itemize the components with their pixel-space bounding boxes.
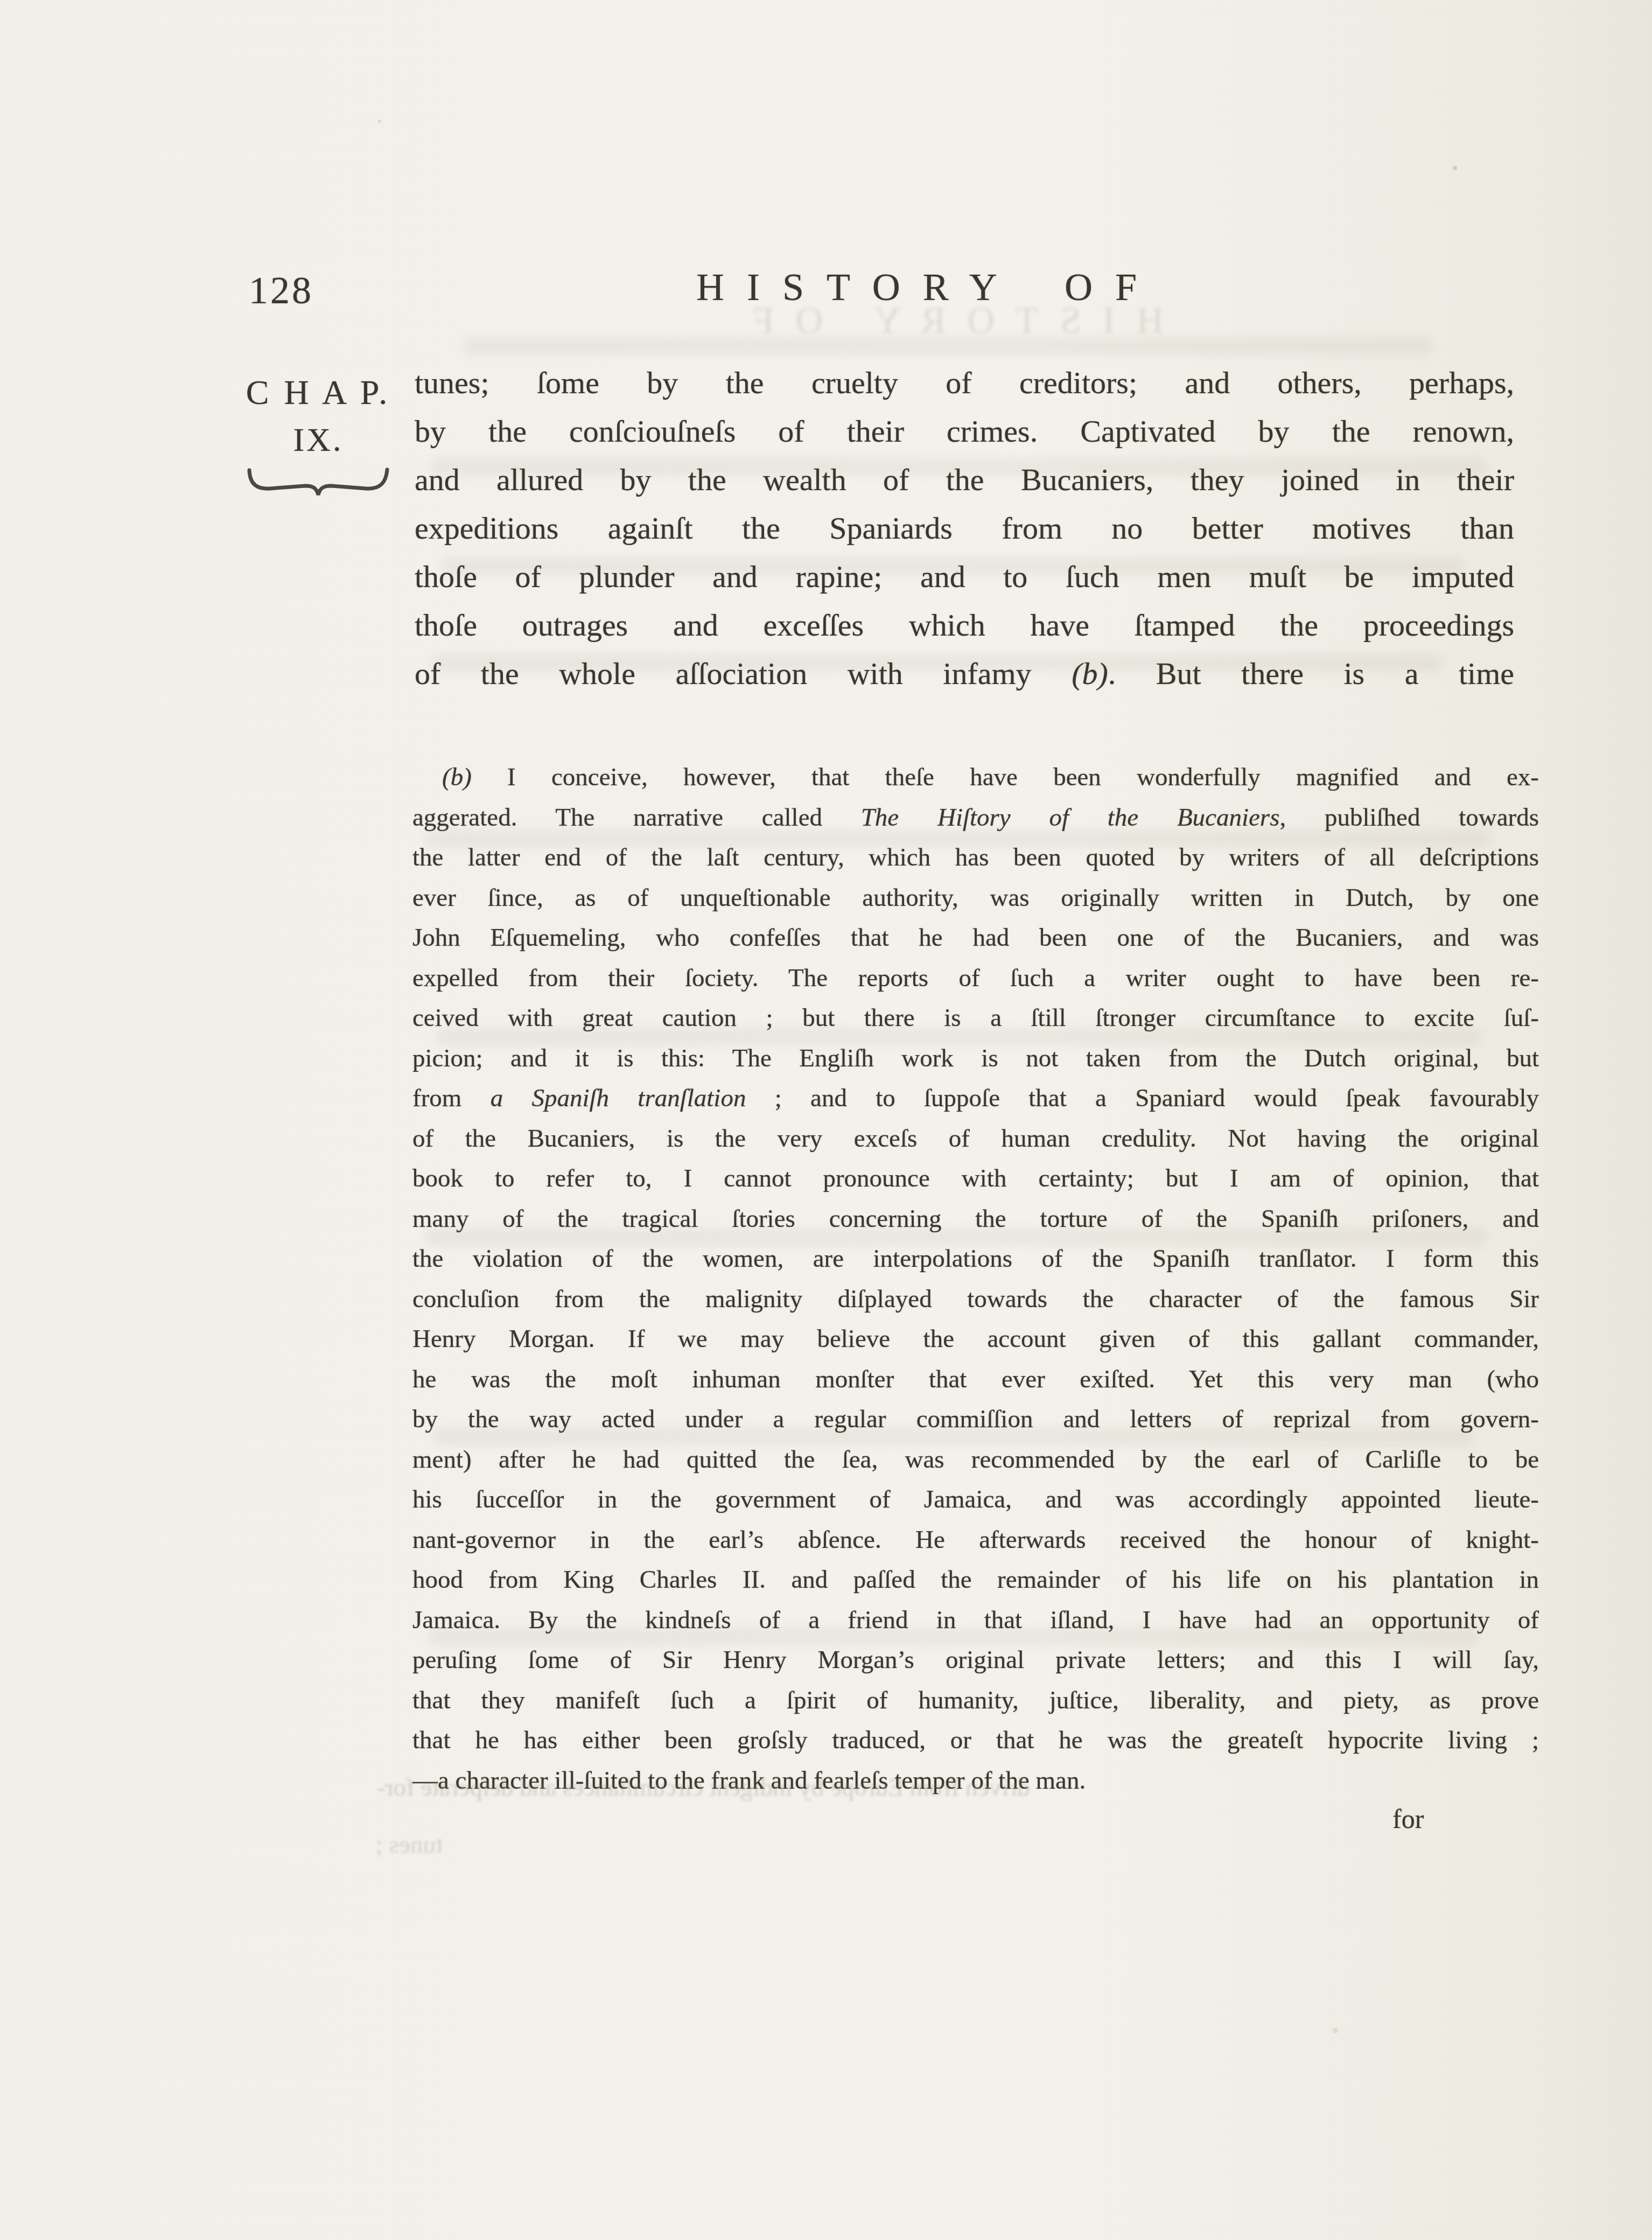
text-line: by the conſciouſneſs of their crimes. Ca… xyxy=(415,407,1514,456)
text-line: nant-governor in the earl’s abſence. He … xyxy=(412,1520,1539,1560)
text-line: by the way acted under a regular commiſſ… xyxy=(412,1399,1539,1440)
text-segment: tunes; ſome by the cruelty of creditors;… xyxy=(415,365,1514,400)
text-line: peruſing ſome of Sir Henry Morgan’s orig… xyxy=(412,1640,1539,1680)
text-line: ment) after he had quitted the ſea, was … xyxy=(412,1440,1539,1480)
chapter-label: C H A P. xyxy=(241,373,395,413)
text-line: and allured by the wealth of the Bucanie… xyxy=(415,456,1514,504)
text-line: his ſucceſſor in the government of Jamai… xyxy=(412,1480,1539,1520)
text-line: ceived with great caution ; but there is… xyxy=(412,998,1539,1038)
catchword: for xyxy=(1392,1803,1424,1834)
text-line: the latter end of the laſt century, whic… xyxy=(412,838,1539,878)
text-line: of the Bucaniers, is the very exceſs of … xyxy=(412,1119,1539,1159)
text-line: picion; and it is this: The Engliſh work… xyxy=(412,1038,1539,1079)
page-number: 128 xyxy=(249,268,313,313)
text-segment: . But there is a time xyxy=(1108,656,1514,691)
text-line: thoſe outrages and exceſſes which have ſ… xyxy=(415,601,1514,650)
text-line: (b) I conceive, however, that theſe have… xyxy=(412,757,1539,798)
text-segment: ment) after he had quitted the ſea, was … xyxy=(412,1446,1539,1474)
text-line: thoſe of plunder and rapine; and to ſuch… xyxy=(415,553,1514,601)
text-segment: by the way acted under a regular commiſſ… xyxy=(412,1405,1539,1433)
bleedthrough-line: driven from Europe by indigent circumſta… xyxy=(377,1773,1030,1802)
text-line: that they manifeſt ſuch a ſpirit of huma… xyxy=(412,1680,1539,1721)
text-segment: the latter end of the laſt century, whic… xyxy=(412,843,1539,871)
text-segment: John Eſquemeling, who confeſſes that he … xyxy=(412,924,1539,952)
text-segment: he was the moſt inhuman monſter that eve… xyxy=(412,1365,1539,1393)
text-line: he was the moſt inhuman monſter that eve… xyxy=(412,1359,1539,1400)
text-segment: Jamaica. By the kindneſs of a friend in … xyxy=(412,1606,1539,1634)
text-line: concluſion from the malignity diſplayed … xyxy=(412,1279,1539,1320)
text-line: aggerated. The narrative called The Hiſt… xyxy=(412,798,1539,838)
text-line: Henry Morgan. If we may believe the acco… xyxy=(412,1319,1539,1359)
sidenote-brace-icon xyxy=(245,465,391,500)
text-line: hood from King Charles II. and paſſed th… xyxy=(412,1560,1539,1600)
text-segment: by the conſciouſneſs of their crimes. Ca… xyxy=(415,414,1514,449)
text-line: from a Spaniſh tranſlation ; and to ſupp… xyxy=(412,1078,1539,1119)
body-paragraph: tunes; ſome by the cruelty of creditors;… xyxy=(415,359,1514,698)
text-line: that he has either been groſsly traduced… xyxy=(412,1720,1539,1761)
italic-text: (b) xyxy=(442,763,472,791)
text-line: of the whole aſſociation with infamy (b)… xyxy=(415,650,1514,698)
italic-text: The Hiſtory of the Bucaniers xyxy=(861,804,1280,832)
text-segment: that he has either been groſsly traduced… xyxy=(412,1726,1539,1754)
text-segment: the violation of the women, are interpol… xyxy=(412,1245,1539,1273)
bleedthrough-smudge xyxy=(463,338,1432,354)
book-page: HISTORY OF 128 HISTORY OF C H A P. IX. t… xyxy=(0,0,1652,2240)
text-segment: I conceive, however, that theſe have bee… xyxy=(472,763,1539,791)
text-segment: ever ſince, as of unqueſtionable authori… xyxy=(412,884,1539,912)
text-segment: and allured by the wealth of the Bucanie… xyxy=(415,462,1514,497)
text-segment: expelled from their ſociety. The reports… xyxy=(412,964,1539,992)
text-line: expeditions againſt the Spaniards from n… xyxy=(415,504,1514,553)
running-title: HISTORY OF xyxy=(696,265,1159,310)
bleedthrough-line: tunes ; xyxy=(376,1830,443,1859)
text-line: book to refer to, I cannot pronounce wit… xyxy=(412,1159,1539,1199)
text-segment: peruſing ſome of Sir Henry Morgan’s orig… xyxy=(412,1646,1539,1674)
chapter-number: IX. xyxy=(241,421,395,459)
text-segment: concluſion from the malignity diſplayed … xyxy=(412,1285,1539,1313)
text-line: John Eſquemeling, who confeſſes that he … xyxy=(412,918,1539,958)
chapter-sidenote: C H A P. IX. xyxy=(241,373,395,500)
text-line: the violation of the women, are interpol… xyxy=(412,1239,1539,1279)
text-segment: ceived with great caution ; but there is… xyxy=(412,1004,1539,1032)
text-segment: that they manifeſt ſuch a ſpirit of huma… xyxy=(412,1686,1539,1714)
text-segment: of the Bucaniers, is the very exceſs of … xyxy=(412,1125,1539,1153)
text-line: expelled from their ſociety. The reports… xyxy=(412,958,1539,999)
text-segment: from xyxy=(412,1084,491,1112)
text-segment: Henry Morgan. If we may believe the acco… xyxy=(412,1325,1539,1353)
text-segment: of the whole aſſociation with infamy xyxy=(415,656,1072,691)
text-segment: ; and to ſuppoſe that a Spaniard would ſ… xyxy=(746,1084,1539,1112)
text-segment: thoſe of plunder and rapine; and to ſuch… xyxy=(415,559,1514,594)
text-line: Jamaica. By the kindneſs of a friend in … xyxy=(412,1600,1539,1641)
text-line: many of the tragical ſtories concerning … xyxy=(412,1199,1539,1239)
text-segment: picion; and it is this: The Engliſh work… xyxy=(412,1044,1539,1072)
text-line: tunes; ſome by the cruelty of creditors;… xyxy=(415,359,1514,407)
text-line: ever ſince, as of unqueſtionable authori… xyxy=(412,878,1539,918)
text-segment: thoſe outrages and exceſſes which have ſ… xyxy=(415,608,1514,643)
footnote-block: (b) I conceive, however, that theſe have… xyxy=(412,757,1539,1801)
text-segment: , publiſhed towards xyxy=(1279,804,1539,832)
text-segment: expeditions againſt the Spaniards from n… xyxy=(415,511,1514,546)
italic-text: (b) xyxy=(1072,656,1108,691)
text-segment: aggerated. The narrative called xyxy=(412,804,861,832)
text-segment: nant-governor in the earl’s abſence. He … xyxy=(412,1526,1539,1554)
italic-text: a Spaniſh tranſlation xyxy=(491,1084,746,1112)
text-segment: book to refer to, I cannot pronounce wit… xyxy=(412,1164,1539,1192)
text-segment: his ſucceſſor in the government of Jamai… xyxy=(412,1485,1539,1513)
text-segment: many of the tragical ſtories concerning … xyxy=(412,1205,1539,1233)
text-segment: hood from King Charles II. and paſſed th… xyxy=(412,1566,1539,1594)
